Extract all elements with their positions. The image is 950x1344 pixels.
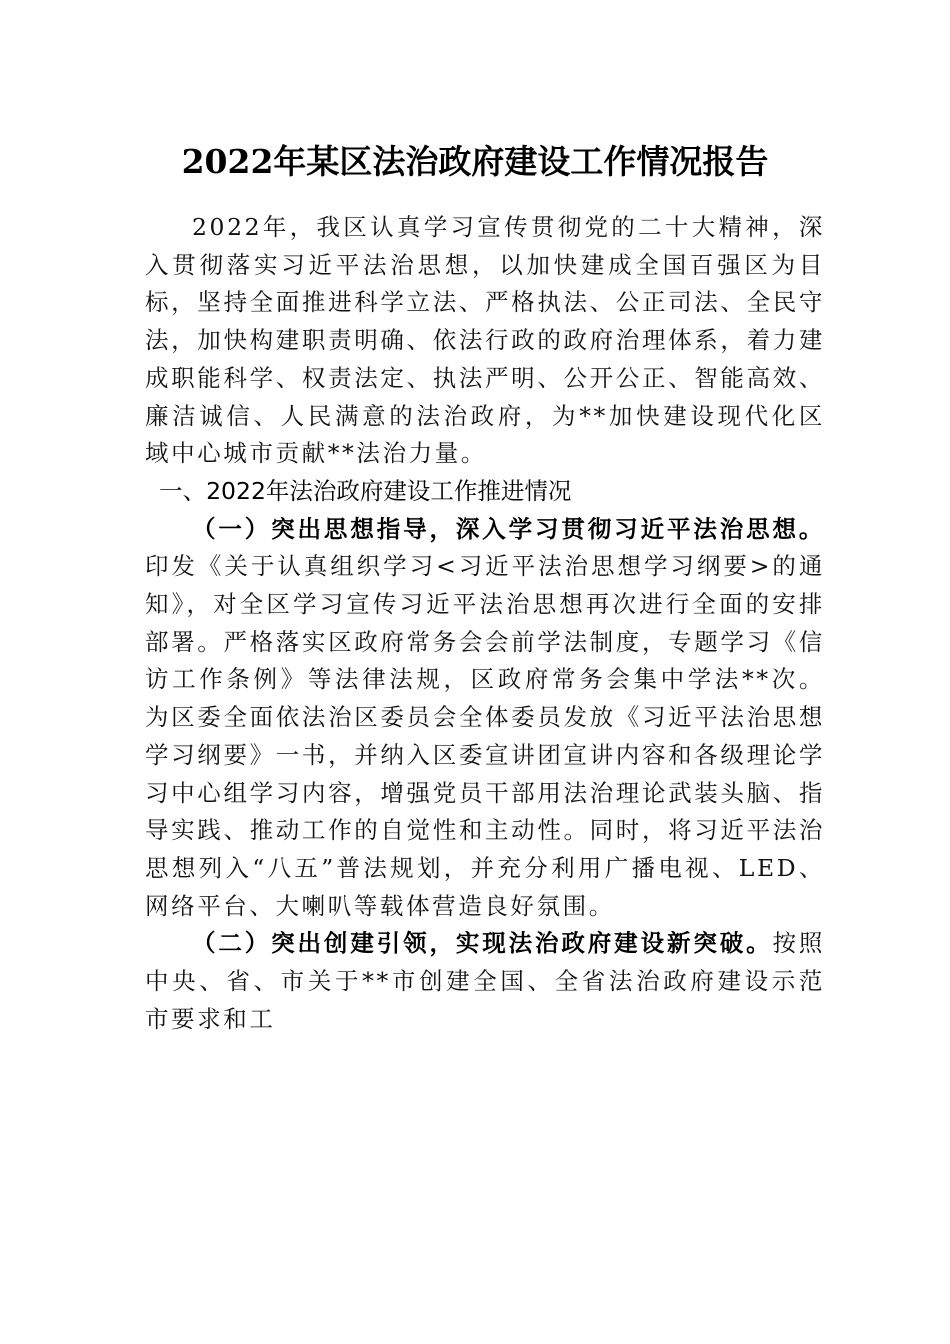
item-1-text: 印发《关于认真组织学习<习近平法治思想学习纲要>的通知》，对全区学习宣传习近平法… [145, 552, 825, 919]
section-1-item-2: （二）突出创建引领，实现法治政府建设新突破。按照中央、省、市关于**市创建全国、… [145, 925, 825, 1038]
document-page: 2022年某区法治政府建设工作情况报告 2022年，我区认真学习宣传贯彻党的二十… [0, 0, 950, 1344]
section-1-item-1: （一）突出思想指导，深入学习贯彻习近平法治思想。印发《关于认真组织学习<习近平法… [145, 511, 825, 926]
intro-paragraph: 2022年，我区认真学习宣传贯彻党的二十大精神，深入贯彻落实习近平法治思想，以加… [145, 209, 825, 473]
item-1-lead: （一）突出思想指导，深入学习贯彻习近平法治思想。 [192, 515, 825, 543]
document-body: 2022年，我区认真学习宣传贯彻党的二十大精神，深入贯彻落实习近平法治思想，以加… [145, 209, 825, 1038]
item-2-lead: （二）突出创建引领，实现法治政府建设新突破。 [192, 929, 773, 957]
section-heading-1: 一、2022年法治政府建设工作推进情况 [145, 473, 825, 511]
document-title: 2022年某区法治政府建设工作情况报告 [0, 138, 950, 186]
